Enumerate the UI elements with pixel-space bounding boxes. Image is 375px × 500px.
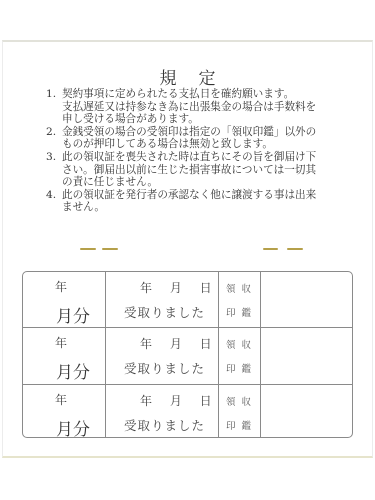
date-label: 年 月 日 <box>140 279 212 296</box>
rule-number: 3. <box>46 151 62 189</box>
seal-label-cell: 領収 印鑑 <box>219 385 261 438</box>
seal-label-top: 領収 <box>226 337 257 351</box>
received-label: 受取りました <box>124 416 205 434</box>
year-label: 年 <box>55 278 67 295</box>
received-label: 受取りました <box>124 303 205 321</box>
seal-label-bottom: 印鑑 <box>226 305 257 319</box>
seal-label-top: 領収 <box>226 394 257 408</box>
gold-dash-divider <box>287 248 303 250</box>
seal-label-bottom: 印鑑 <box>226 418 257 432</box>
stamp-cell[interactable] <box>261 328 352 384</box>
date-label: 年 月 日 <box>140 335 212 352</box>
month-label: 月分 <box>56 415 90 438</box>
date-cell[interactable]: 年 月 日 受取りました <box>106 385 219 438</box>
rule-item: 2. 金銭受領の場合の受領印は指定の「領収印鑑」以外の ものが押印してある場合は… <box>46 126 346 151</box>
month-label: 月分 <box>56 358 90 383</box>
seal-label-cell: 領収 印鑑 <box>219 328 261 384</box>
period-cell[interactable]: 年 月分 <box>23 272 106 327</box>
seal-label-cell: 領収 印鑑 <box>219 272 261 327</box>
year-label: 年 <box>55 391 67 408</box>
rule-item: 3. 此の領収証を喪失された時は直ちにその旨を御届け下 さい。御届出以前に生じた… <box>46 151 346 189</box>
page-title: 規定 <box>0 64 375 89</box>
gold-dash-divider <box>263 248 278 250</box>
rule-text: 契約事項に定められたる支払日を確約願います。 支払遅延又は持参なき為に出張集金の… <box>62 88 346 126</box>
rule-number: 4. <box>46 189 62 214</box>
date-cell[interactable]: 年 月 日 受取りました <box>106 328 219 384</box>
received-label: 受取りました <box>124 359 205 377</box>
stamp-cell[interactable] <box>261 385 352 438</box>
stamp-cell[interactable] <box>261 272 352 327</box>
table-row: 年 月分 年 月 日 受取りました 領収 印鑑 <box>23 385 352 438</box>
date-label: 年 月 日 <box>140 392 212 409</box>
rule-text: 金銭受領の場合の受領印は指定の「領収印鑑」以外の ものが押印してある場合は無効と… <box>62 126 346 151</box>
period-cell[interactable]: 年 月分 <box>23 385 106 438</box>
month-label: 月分 <box>56 302 90 327</box>
table-row: 年 月分 年 月 日 受取りました 領収 印鑑 <box>23 328 352 384</box>
date-cell[interactable]: 年 月 日 受取りました <box>106 272 219 327</box>
table-row: 年 月分 年 月 日 受取りました 領収 印鑑 <box>23 272 352 327</box>
rule-item: 4. 此の領収証を発行者の承認なく他に譲渡する事は出来 ません。 <box>46 189 346 214</box>
rule-text: 此の領収証を喪失された時は直ちにその旨を御届け下 さい。御届出以前に生じた損害事… <box>62 151 346 189</box>
receipt-table: 年 月分 年 月 日 受取りました 領収 印鑑 年 月分 年 月 日 受取りまし… <box>22 271 353 438</box>
rule-text: 此の領収証を発行者の承認なく他に譲渡する事は出来 ません。 <box>62 189 346 214</box>
year-label: 年 <box>55 334 67 351</box>
seal-label-bottom: 印鑑 <box>226 361 257 375</box>
rule-item: 1. 契約事項に定められたる支払日を確約願います。 支払遅延又は持参なき為に出張… <box>46 88 346 126</box>
gold-dash-divider <box>80 248 96 250</box>
rule-number: 2. <box>46 126 62 151</box>
rule-number: 1. <box>46 88 62 126</box>
period-cell[interactable]: 年 月分 <box>23 328 106 384</box>
seal-label-top: 領収 <box>226 281 257 295</box>
rules-list: 1. 契約事項に定められたる支払日を確約願います。 支払遅延又は持参なき為に出張… <box>46 88 346 214</box>
gold-dash-divider <box>102 248 118 250</box>
